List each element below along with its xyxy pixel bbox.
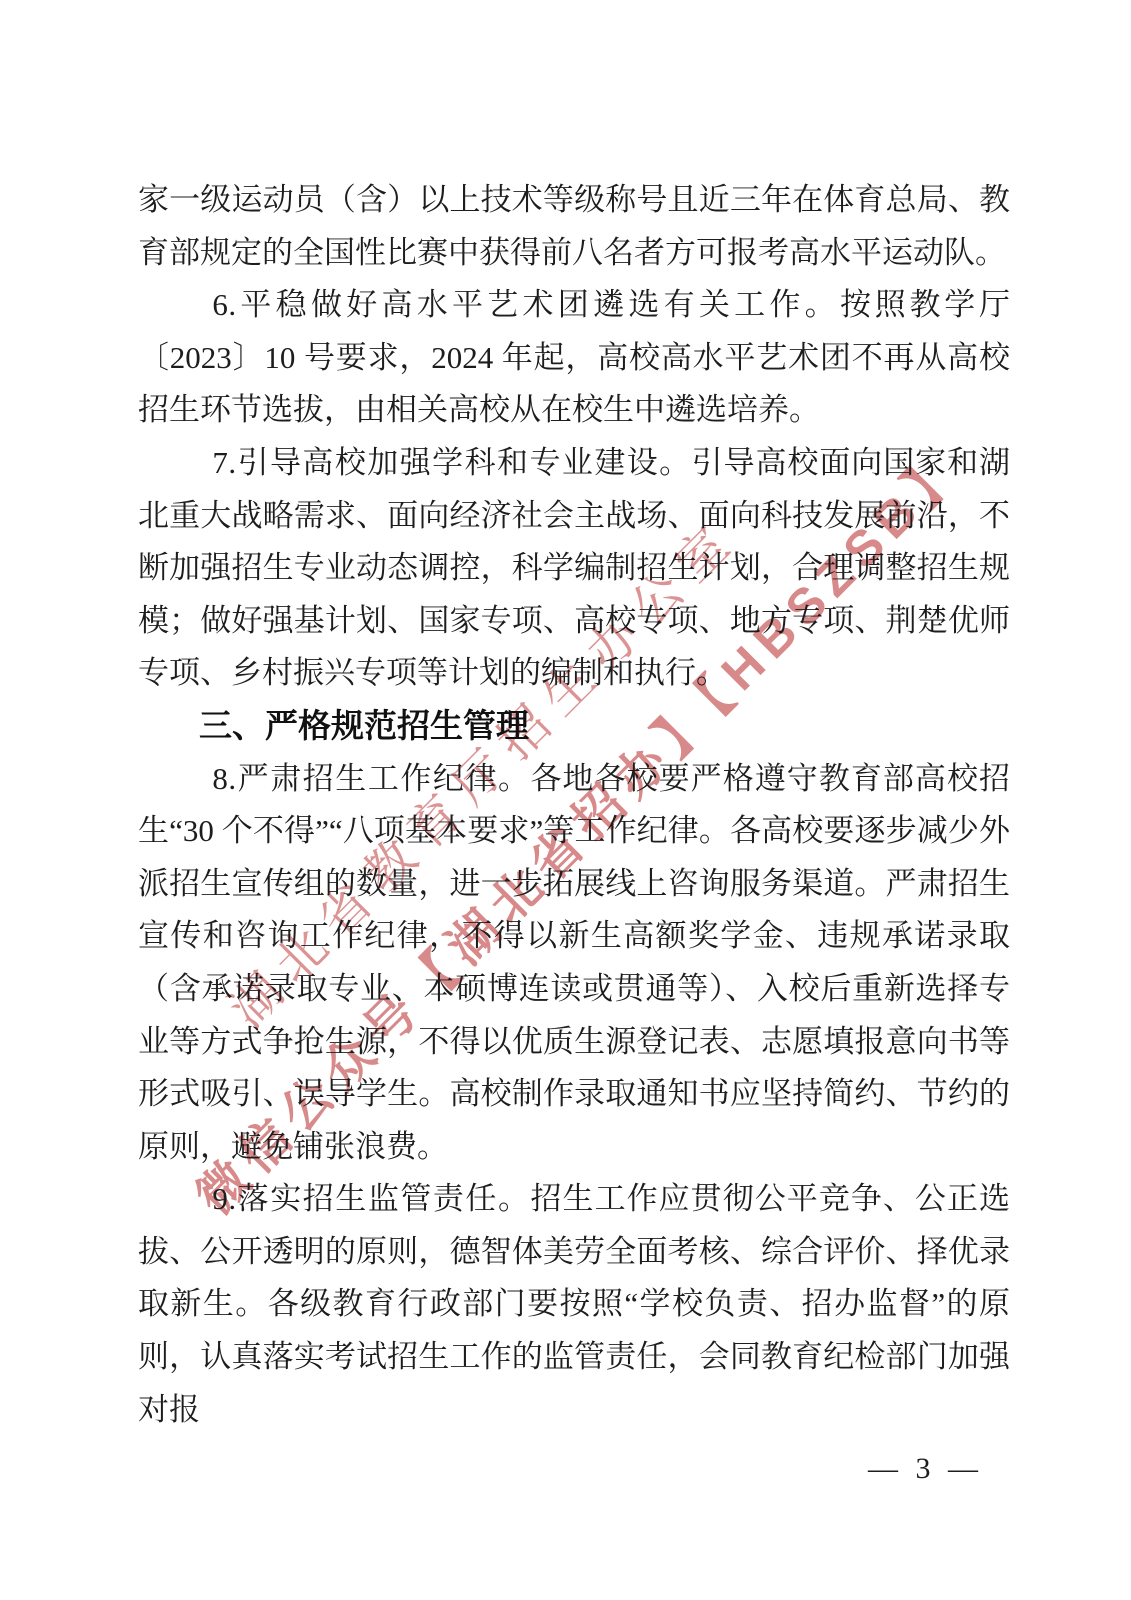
document-body: 家一级运动员（含）以上技术等级称号且近三年在体育总局、教育部规定的全国性比赛中获… bbox=[138, 174, 1010, 1436]
item-6-lead: 6.平稳做好高水平艺术团遴选有关工作。 bbox=[212, 287, 840, 322]
item-9-body: 招生工作应贯彻公平竞争、公正选拔、公开透明的原则，德智体美劳全面考核、综合评价、… bbox=[138, 1181, 1010, 1426]
document-page: 湖北省教育厅招生办公室 微信公众号【湖北省招办】【HBSZSB】 家一级运动员（… bbox=[0, 0, 1131, 1600]
item-7-lead: 7.引导高校加强学科和专业建设。 bbox=[212, 445, 691, 480]
item-7-body: 引导高校面向国家和湖北重大战略需求、面向经济社会主战场、面向科技发展前沿，不断加… bbox=[138, 445, 1010, 690]
paragraph-item-7: 7.引导高校加强学科和专业建设。引导高校面向国家和湖北重大战略需求、面向经济社会… bbox=[138, 437, 1010, 700]
paragraph-item-8: 8.严肃招生工作纪律。各地各校要严格遵守教育部高校招生“30 个不得”“八项基本… bbox=[138, 753, 1010, 1174]
item-8-body: 各地各校要严格遵守教育部高校招生“30 个不得”“八项基本要求”等工作纪律。各高… bbox=[138, 761, 1010, 1164]
item-9-lead: 9.落实招生监管责任。 bbox=[212, 1181, 530, 1216]
paragraph-continuation: 家一级运动员（含）以上技术等级称号且近三年在体育总局、教育部规定的全国性比赛中获… bbox=[138, 174, 1010, 279]
paragraph-item-9: 9.落实招生监管责任。招生工作应贯彻公平竞争、公正选拔、公开透明的原则，德智体美… bbox=[138, 1173, 1010, 1436]
section-heading: 三、严格规范招生管理 bbox=[138, 700, 1010, 753]
item-8-lead: 8.严肃招生工作纪律。 bbox=[212, 761, 530, 796]
page-number: — 3 — bbox=[868, 1452, 983, 1486]
paragraph-item-6: 6.平稳做好高水平艺术团遴选有关工作。按照教学厅〔2023〕10 号要求，202… bbox=[138, 279, 1010, 437]
